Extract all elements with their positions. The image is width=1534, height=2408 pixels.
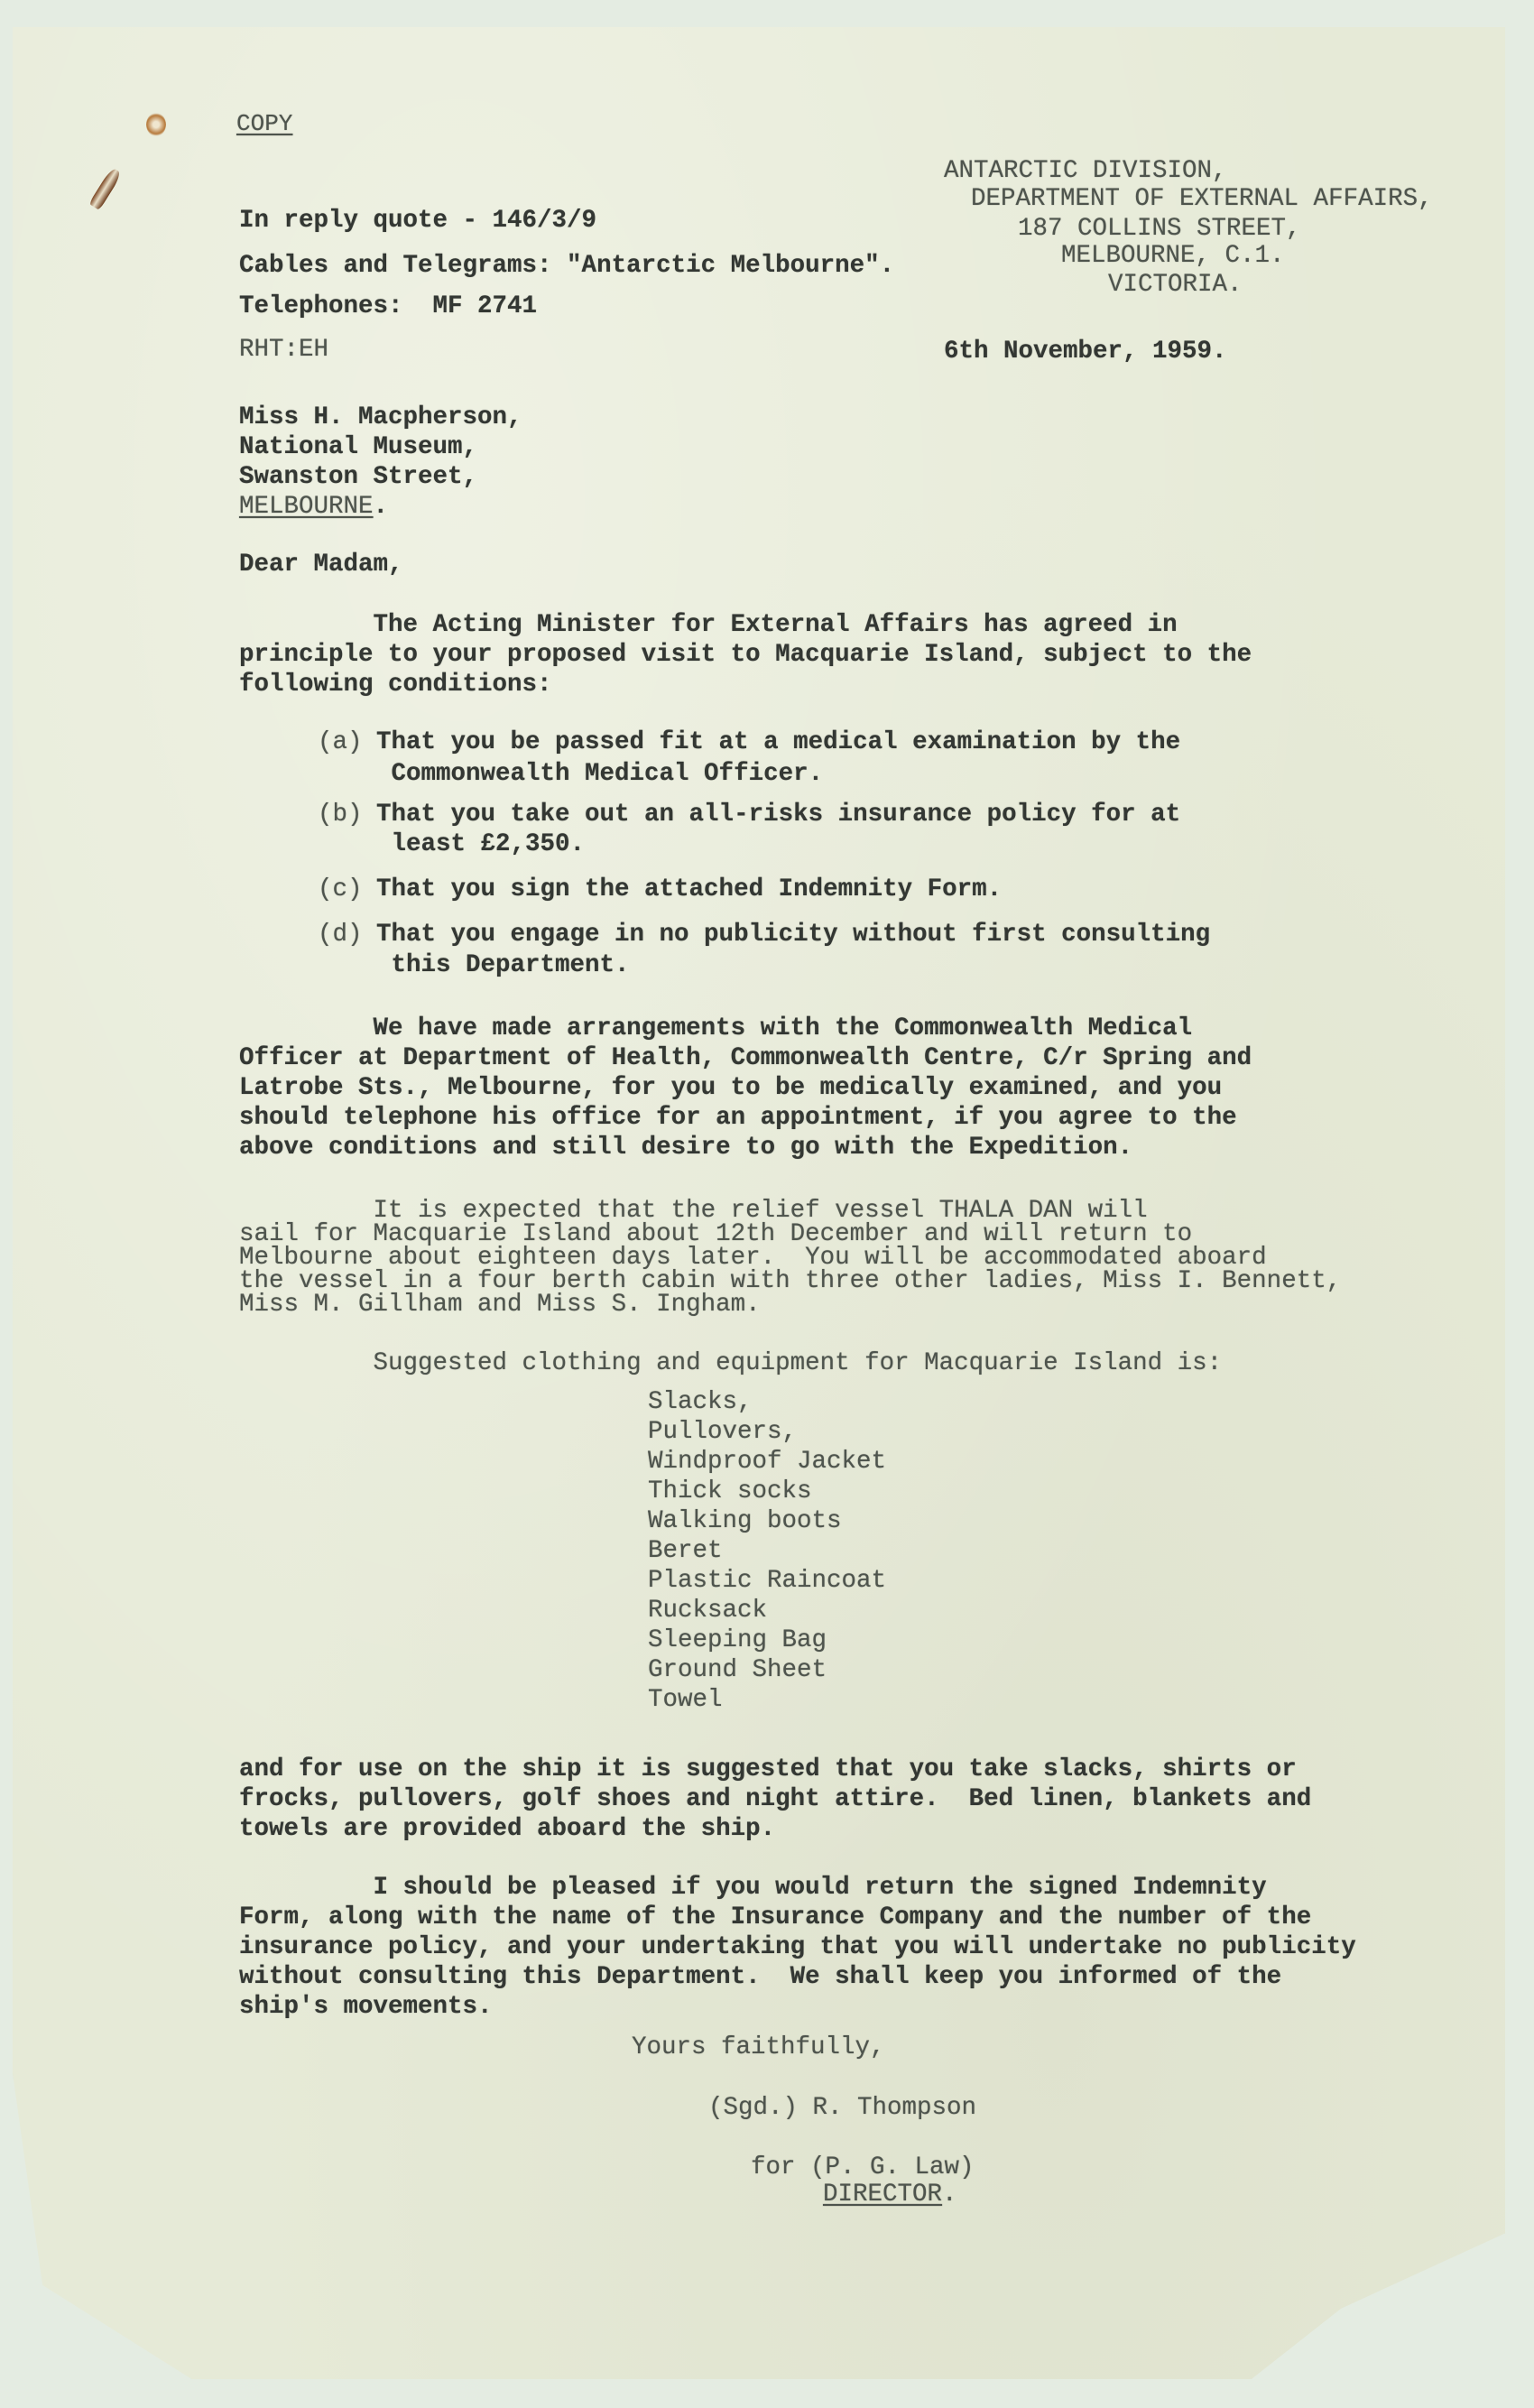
paragraph-line: towels are provided aboard the ship.	[239, 1814, 775, 1844]
letterhead-line-street: 187 COLLINS STREET,	[1018, 215, 1301, 243]
staple-rust-mark	[88, 167, 122, 210]
equipment-list-intro: Suggested clothing and equipment for Mac…	[239, 1348, 1222, 1378]
paragraph-line: above conditions and still desire to go …	[239, 1133, 1132, 1162]
equipment-item: Thick socks	[648, 1477, 812, 1506]
condition-label: (b)	[318, 800, 363, 829]
paragraph-line: We have made arrangements with the Commo…	[239, 1014, 1192, 1043]
equipment-item: Towel	[648, 1685, 723, 1715]
paragraph-line: frocks, pullovers, golf shoes and night …	[239, 1784, 1311, 1814]
copy-mark: COPY	[236, 109, 292, 139]
equipment-item: Slacks,	[648, 1387, 753, 1417]
addressee-institution: National Museum,	[239, 432, 477, 462]
condition-text: That you take out an all-risks insurance…	[376, 800, 1180, 829]
letter-date: 6th November, 1959.	[944, 337, 1227, 366]
paragraph-line: without consulting this Department. We s…	[239, 1962, 1281, 1992]
equipment-item: Rucksack	[648, 1596, 767, 1625]
reply-quote-line: In reply quote - 146/3/9	[239, 206, 596, 236]
rust-stain-mark	[146, 113, 166, 136]
addressee-name: Miss H. Macpherson,	[239, 403, 522, 432]
condition-text: That you engage in no publicity without …	[376, 920, 1210, 949]
addressee-city: MELBOURNE	[239, 493, 374, 521]
condition-label: (c)	[318, 875, 363, 904]
addressee-city-suffix: .	[374, 493, 389, 521]
equipment-item: Walking boots	[648, 1506, 842, 1536]
paragraph-line: Miss M. Gillham and Miss S. Ingham.	[239, 1290, 761, 1320]
paragraph-line: principle to your proposed visit to Macq…	[239, 640, 1252, 670]
signed-by: (Sgd.) R. Thompson	[708, 2093, 976, 2123]
telephones-line: Telephones: MF 2741	[239, 292, 537, 321]
paragraph-line: The Acting Minister for External Affairs…	[239, 610, 1178, 640]
condition-text: Commonwealth Medical Officer.	[376, 759, 823, 789]
signatory-title: DIRECTOR	[823, 2181, 942, 2209]
paragraph-line: I should be pleased if you would return …	[239, 1873, 1267, 1903]
letterhead-line-city: MELBOURNE, C.1.	[1061, 242, 1285, 270]
paragraph-line: following conditions:	[239, 670, 552, 699]
letterhead-line-state: VICTORIA.	[1108, 271, 1243, 299]
paragraph-line: Officer at Department of Health, Commonw…	[239, 1043, 1252, 1073]
paragraph-line: Form, along with the name of the Insuran…	[239, 1903, 1311, 1932]
cables-telegrams-line: Cables and Telegrams: "Antarctic Melbour…	[239, 251, 894, 281]
on-behalf-of: for (P. G. Law)	[751, 2153, 975, 2182]
equipment-item: Pullovers,	[648, 1417, 797, 1447]
signatory-title-suffix: .	[942, 2181, 957, 2209]
letterhead-line-department: DEPARTMENT OF EXTERNAL AFFAIRS,	[971, 185, 1433, 213]
paragraph-line: and for use on the ship it is suggested …	[239, 1755, 1297, 1784]
paragraph-line: insurance policy, and your undertaking t…	[239, 1932, 1356, 1962]
equipment-item: Beret	[648, 1536, 723, 1566]
salutation: Dear Madam,	[239, 550, 403, 579]
equipment-item: Ground Sheet	[648, 1655, 827, 1685]
reference-initials: RHT:EH	[239, 335, 328, 365]
addressee-street: Swanston Street,	[239, 462, 477, 492]
equipment-item: Windproof Jacket	[648, 1447, 886, 1477]
paragraph-line: should telephone his office for an appoi…	[239, 1103, 1237, 1133]
condition-text: least £2,350.	[376, 829, 585, 859]
equipment-item: Plastic Raincoat	[648, 1566, 886, 1596]
condition-text: That you sign the attached Indemnity For…	[376, 875, 1002, 904]
condition-label: (a)	[318, 727, 363, 757]
paragraph-line: ship's movements.	[239, 1992, 493, 2022]
valediction: Yours faithfully,	[632, 2033, 885, 2062]
letterhead-line-division: ANTARCTIC DIVISION,	[944, 157, 1227, 185]
condition-text: this Department.	[376, 950, 630, 980]
equipment-item: Sleeping Bag	[648, 1625, 827, 1655]
condition-text: That you be passed fit at a medical exam…	[376, 727, 1180, 757]
paragraph-line: Latrobe Sts., Melbourne, for you to be m…	[239, 1073, 1222, 1103]
condition-label: (d)	[318, 920, 363, 949]
